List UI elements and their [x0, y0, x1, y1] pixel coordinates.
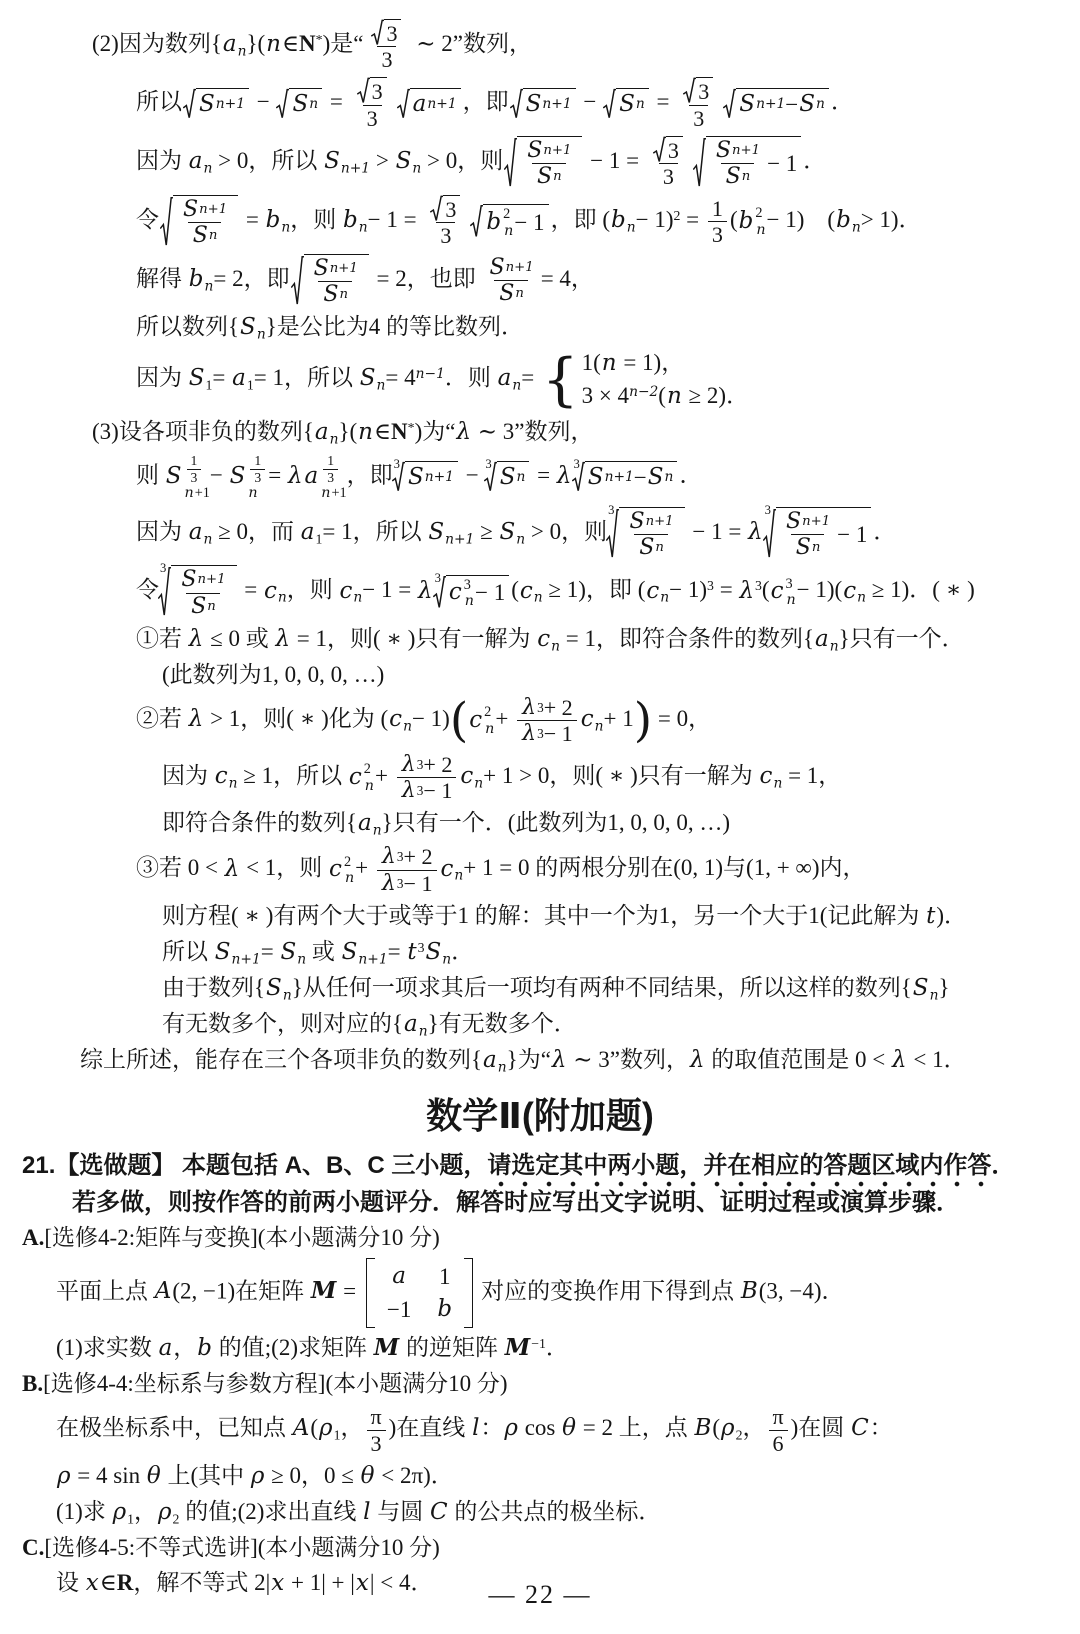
superscript: 3: [537, 727, 544, 740]
text-run: 则方程( ∗ )有两个大于或等于1 的解：其中一个为1，另一个大于1(记此解为: [162, 903, 925, 928]
numerator: Sn+1: [178, 197, 231, 222]
stack-sup: 3: [464, 577, 471, 593]
text-line: ①若 λ ≤ 0 或 λ = 1，则( ∗ )只有一解为 cn = 1，即符合条…: [136, 622, 1080, 658]
numerator: 1: [187, 453, 202, 469]
text-run: 的值;(2)求矩阵: [213, 1335, 373, 1360]
fraction: 33: [678, 77, 719, 131]
subscript: n: [359, 219, 368, 235]
math-var: a: [158, 1335, 174, 1361]
text-run: 3: [712, 222, 723, 247]
text-run: + 2: [403, 844, 432, 869]
text-run: ．: [803, 148, 826, 173]
subscript: n: [534, 590, 543, 606]
text-run: 3: [693, 106, 704, 131]
subscript: n+1: [542, 98, 571, 112]
math-var: n: [464, 593, 475, 609]
math-var: a: [188, 148, 204, 174]
text-run: > 1)．: [861, 207, 922, 232]
sup-sub-group: c3n: [448, 577, 475, 610]
text-line: (2)因为数列{an}(n∈N*)是“33 ∼ 2”数列，: [92, 16, 1080, 75]
radical: Sn+1Sn: [504, 136, 582, 190]
numerator: 1: [250, 453, 265, 469]
numerator: λ3+ 2: [397, 752, 457, 777]
subscript: n+1: [605, 471, 634, 485]
text-run: = 1，所以: [254, 365, 359, 390]
math-var: λ: [381, 844, 397, 869]
math-var: c: [263, 578, 278, 604]
text-line: 解得 bn= 2，即Sn+1Sn = 2，也即 Sn+1Sn= 4，: [136, 251, 1080, 310]
math-var: S: [313, 256, 330, 281]
text-run: (: [730, 207, 738, 232]
math-var: N: [299, 31, 316, 56]
script-stack: 13n: [247, 453, 268, 502]
subscript: n: [278, 590, 287, 606]
big-paren: (: [450, 693, 468, 748]
math-var: S: [214, 939, 232, 965]
text-run: =: [651, 89, 675, 114]
radical-index: 3: [573, 458, 579, 471]
subscript: n: [551, 639, 560, 655]
text-run: ∼ 3”数列，: [472, 419, 593, 444]
subscript: n: [665, 471, 674, 485]
radical: 3: [683, 77, 713, 104]
subscript: n: [297, 951, 306, 967]
text-run: 所以: [162, 939, 214, 964]
math-var: c: [645, 578, 660, 604]
text-run: 数学Ⅱ(附加题): [426, 1095, 654, 1136]
math-var: n: [755, 222, 766, 238]
math-var: l: [362, 1499, 371, 1525]
math-var: B: [693, 1415, 712, 1441]
subscript: n: [454, 868, 463, 884]
text-run: > 0，则: [525, 519, 607, 544]
text-run: 3: [381, 47, 392, 72]
solution-document: (2)因为数列{an}(n∈N*)是“33 ∼ 2”数列，所以Sn+1 − Sn…: [0, 0, 1080, 1601]
radical: Sn: [603, 88, 649, 120]
text-run: ．: [831, 89, 854, 114]
subscript: n: [516, 531, 525, 547]
text-run: ，: [173, 1335, 196, 1360]
text-run: ∼ 2”数列，: [410, 31, 531, 56]
radical-index: 3: [608, 504, 614, 517]
math-var: S: [638, 535, 655, 560]
math-var: λ: [521, 721, 537, 746]
math-var: S: [407, 463, 425, 493]
superscript: 3: [537, 701, 544, 714]
math-var: n: [601, 350, 618, 376]
text-line: 令Sn+1Sn = bn，则 bn− 1 = 33b2n− 1，即 (bn− 1…: [136, 192, 1080, 251]
math-var: S: [912, 975, 930, 1001]
matrix-cell: a: [392, 1262, 406, 1292]
numerator: 3: [352, 77, 393, 104]
text-run: 的公共点的极坐标．: [449, 1499, 662, 1524]
text-run: −: [460, 463, 484, 488]
math-var: b: [265, 207, 282, 233]
subscript: n: [419, 1023, 428, 1039]
text-run: −: [578, 89, 602, 114]
denominator: λ3− 1: [517, 720, 577, 746]
fraction: 33: [648, 136, 689, 190]
subscript: n: [353, 590, 362, 606]
text-run: 有无数多个，则对应的{: [162, 1011, 403, 1036]
text-run: 2: [755, 205, 762, 221]
math-var: S: [188, 365, 206, 391]
text-run: 综上所述，能存在三个各项非负的数列{: [80, 1047, 482, 1072]
text-run: + 1 = 0 的两根分别在(0, 1)与(1, + ∞)内，: [463, 856, 865, 881]
math-var: n: [344, 870, 355, 886]
text-run: =: [239, 578, 263, 603]
denominator: 3: [708, 221, 727, 247]
stack-sup: 2: [503, 206, 510, 222]
subscript: n: [339, 288, 348, 301]
text-run: =: [240, 207, 264, 232]
math-var: S: [182, 197, 199, 222]
text-run: < 2π)．: [376, 1463, 454, 1488]
denominator: 3: [323, 469, 338, 486]
text-line: 令3Sn+1Sn = cn，则 cn− 1 = λ3c3n− 1(cn ≥ 1)…: [136, 563, 1080, 622]
text-run: 则: [136, 463, 165, 488]
math-var: ρ: [720, 1415, 736, 1441]
text-run: 3: [327, 470, 334, 486]
text-run: 的取值范围是 0 <: [706, 1047, 891, 1072]
subscript: n: [742, 170, 751, 183]
text-run: [选修4-4:坐标系与参数方程](本小题满分10 分): [43, 1371, 507, 1396]
math-var: θ: [360, 1463, 376, 1489]
text-run: ≥ 1)．( ∗ ): [866, 578, 975, 603]
fraction: 33: [425, 195, 466, 249]
math-var: A: [154, 1278, 173, 1304]
radical-index: 3: [485, 458, 491, 471]
text-line: 因为 S1= a1= 1，所以 Sn= 4n−1．则 an= {1(n = 1)…: [136, 346, 1080, 415]
numerator: Sn+1: [624, 509, 677, 534]
subscript: n+1: [199, 203, 227, 216]
text-run: 上(其中: [162, 1463, 250, 1488]
text-line: ②若 λ > 1，则( ∗ )化为 (cn− 1)(c2n+ λ3+ 2λ3− …: [136, 692, 1080, 749]
numerator: 3: [678, 77, 719, 104]
text-run: 与圆: [372, 1499, 430, 1524]
text-run: ∼ 3”数列，: [567, 1047, 688, 1072]
subscript: n+1: [341, 161, 370, 177]
math-var: S: [322, 282, 339, 307]
text-run: − 1 =: [368, 207, 423, 232]
math-var: b: [196, 1335, 213, 1361]
fraction: λ3+ 2λ3− 1: [517, 695, 577, 747]
text-run: 1: [712, 196, 723, 221]
fraction: Sn+1Sn: [624, 509, 677, 561]
text-run: 3: [372, 79, 383, 104]
stack-sup: 13: [247, 453, 268, 485]
radicand: an+1: [410, 88, 461, 120]
subscript: n: [636, 98, 645, 112]
math-var: a: [357, 810, 373, 836]
math-var: S: [798, 90, 816, 120]
text-line: 在极坐标系中，已知点 A(ρ1，π3)在直线 l：ρ cos θ = 2 上，点…: [56, 1402, 1080, 1459]
subscript: n: [412, 161, 421, 177]
math-var: S: [239, 314, 257, 340]
math-var: a: [314, 419, 330, 445]
text-run: 3 × 4: [582, 383, 629, 408]
script-stack: 2n: [344, 854, 355, 887]
text-run: }只有一个．(此数列为1, 0, 0, 0, …): [382, 810, 730, 835]
text-run: (此数列为1, 0, 0, 0, …): [162, 662, 384, 687]
text-run: − 1): [636, 207, 674, 232]
sup-sub-group: c3n: [770, 576, 797, 609]
text-run: 3: [191, 470, 198, 486]
math-var: n: [320, 485, 331, 501]
text-run: −: [251, 89, 275, 114]
text-run: + 2: [544, 695, 573, 720]
denominator: Sn: [532, 163, 566, 189]
math-var: S: [180, 567, 197, 592]
brace: {: [542, 351, 579, 409]
math-var: a: [231, 365, 247, 391]
stack-sub: n: [247, 485, 258, 501]
math-var: t: [925, 903, 936, 929]
radical: b2n− 1: [470, 204, 548, 239]
text-run: = 1，则( ∗ )只有一解为: [291, 626, 536, 651]
matrix-cell: 1: [439, 1262, 451, 1292]
text-run: =: [388, 939, 407, 964]
text-run: =: [212, 365, 231, 390]
sup-sub-group: a13n+1: [304, 453, 347, 502]
text-run: −: [210, 463, 229, 488]
subscript: n: [816, 98, 825, 112]
text-run: }: [938, 975, 949, 1000]
radical: Sn+1Sn: [291, 254, 369, 308]
text-run: = 0，: [652, 706, 711, 731]
math-var: n: [503, 223, 514, 239]
math-var: λ: [521, 695, 537, 720]
text-run: 所以数列{: [136, 314, 239, 339]
text-run: > 0，所以: [212, 148, 323, 173]
math-var: λ: [401, 752, 417, 777]
sup-sub-group: S13n: [229, 453, 269, 502]
text-run: 因为: [162, 763, 214, 788]
text-run: +: [355, 856, 374, 881]
text-run: (: [310, 1415, 318, 1440]
text-run: }只有一个．: [839, 626, 965, 651]
subscript: n: [655, 541, 664, 554]
math-var: S: [229, 462, 247, 492]
math-var: n: [364, 778, 375, 794]
math-var: λ: [188, 706, 205, 732]
math-var: S: [498, 519, 516, 545]
subscript: n+1: [543, 144, 571, 157]
math-var: S: [165, 462, 183, 492]
math-var: λ: [417, 578, 434, 604]
text-run: =: [268, 463, 287, 488]
script-stack: 3n: [464, 577, 475, 610]
math-var: λ: [556, 463, 573, 489]
math-var: a: [412, 90, 428, 120]
stack-sub: n+1: [184, 485, 210, 501]
text-run: ．: [679, 463, 702, 488]
text-run: (: [658, 383, 666, 408]
text-run: 的逆矩阵: [400, 1335, 504, 1360]
radical: Sn+1Sn: [160, 195, 238, 249]
radicand: 3: [443, 195, 460, 222]
script-stack: 2n: [484, 704, 495, 737]
text-run: > 1，则( ∗ )化为 (: [204, 706, 388, 731]
superscript: n−1: [416, 366, 445, 382]
subscript: n+1: [646, 515, 674, 528]
text-run: 3: [785, 576, 792, 592]
subscript: n: [442, 951, 451, 967]
text-run: ，即: [347, 463, 393, 488]
sup-sub-group: c2n: [468, 704, 495, 737]
text-run: = 1，即符合条件的数列{: [560, 626, 814, 651]
page-number: — 22 —: [0, 1580, 1080, 1610]
math-var: c: [388, 706, 403, 732]
sup-sub-group: b2n: [485, 206, 514, 239]
math-var: c: [214, 763, 229, 789]
text-run: +: [495, 706, 514, 731]
matrix-cell: b: [437, 1295, 452, 1325]
subscript: n: [309, 98, 318, 112]
radical: 3Sn+1− Sn: [573, 461, 677, 493]
text-run: (1)求: [56, 1499, 112, 1524]
math-var: n: [357, 419, 374, 445]
radical: 3Sn+1: [394, 461, 458, 493]
subscript: n+1: [232, 951, 261, 967]
text-run: 6: [773, 1431, 784, 1456]
script-stack: 2n: [364, 761, 375, 794]
fraction: λ3+ 2λ3− 1: [397, 752, 457, 804]
math-var: S: [715, 138, 732, 163]
stack-sup: 2: [484, 704, 491, 720]
denominator: 3: [367, 1430, 386, 1456]
text-line: 即符合条件的数列{an}只有一个．(此数列为1, 0, 0, 0, …): [162, 806, 1080, 842]
text-run: = 4: [385, 365, 415, 390]
math-var: c: [468, 706, 483, 736]
math-var: n: [265, 31, 282, 57]
math-var: λ: [689, 1047, 706, 1073]
math-var: n: [184, 485, 195, 501]
math-var: S: [291, 90, 309, 120]
text-run: −: [634, 463, 647, 493]
radicand: Sn+1Sn− 1: [706, 136, 801, 190]
superscript: *: [316, 31, 323, 46]
text-run: 2: [503, 206, 510, 222]
math-var: S: [618, 90, 636, 120]
text-run: [选修4-5:不等式选讲](本小题满分10 分): [44, 1535, 439, 1560]
text-run: 3: [367, 106, 378, 131]
subscript: n: [553, 170, 562, 183]
text-line: C.[选修4-5:不等式选讲](本小题满分10 分): [22, 1530, 1080, 1565]
math-var: λ: [455, 419, 472, 445]
text-run: − 1: [544, 721, 573, 746]
radicand: b2n− 1: [483, 204, 548, 239]
cases-group: {1(n = 1)，3 × 4n−2(n ≥ 2)．: [542, 348, 749, 412]
math-var: S: [359, 365, 377, 391]
text-run: − 1): [412, 706, 450, 731]
radical: Sn+1Sn− 1: [693, 136, 801, 190]
subscript: n+1: [802, 515, 830, 528]
text-run: > 0，则: [421, 148, 503, 173]
text-run: ．: [546, 1335, 569, 1360]
sup-sub-group: c2n: [348, 761, 375, 794]
superscript: 3: [417, 758, 424, 771]
stack-sub: n: [484, 721, 495, 737]
subscript: n: [257, 327, 266, 343]
text-run: ：: [480, 1415, 503, 1440]
radical-index: 3: [394, 458, 400, 471]
stack-sup: 3: [785, 576, 792, 592]
text-line: ③若 0 < λ < 1，则 c2n+ λ3+ 2λ3− 1cn+ 1 = 0 …: [136, 842, 1080, 899]
math-var: N: [391, 419, 408, 444]
math-var: B.: [22, 1371, 43, 1396]
subscript: n: [517, 471, 526, 485]
radical: Sn+1− Sn: [723, 88, 829, 120]
numerator: Sn+1: [309, 256, 362, 281]
numerator: 1: [323, 453, 338, 469]
denominator: 3: [377, 46, 396, 72]
text-run: )在直线: [389, 1415, 471, 1440]
text-run: 3: [668, 138, 679, 163]
stack-sup: 2: [755, 205, 762, 221]
text-run: ∈: [282, 31, 299, 56]
text-run: ，: [134, 1499, 157, 1524]
radical: 3Sn+1Sn: [160, 565, 237, 619]
text-run: ≤ 0 或: [204, 626, 274, 651]
denominator: Sn: [634, 534, 668, 560]
radicand: 3: [384, 19, 401, 46]
fraction: λ3+ 2λ3− 1: [377, 844, 437, 896]
text-run: 1: [327, 453, 334, 469]
math-var: M: [373, 1334, 400, 1361]
denominator: 3: [689, 105, 708, 131]
text-run: ．: [991, 1152, 1015, 1179]
subscript: n+1: [197, 573, 225, 586]
text-run: 3: [440, 223, 451, 248]
fraction: Sn+1Sn: [711, 138, 764, 190]
subscript: n: [515, 287, 524, 300]
text-run: 1(: [582, 350, 601, 375]
numerator: λ3+ 2: [377, 844, 437, 869]
text-run: ．则: [445, 365, 497, 390]
text-run: ②若: [136, 706, 188, 731]
text-run: 2: [344, 854, 351, 870]
math-var: θ: [146, 1463, 162, 1489]
text-run: − 1: [423, 778, 452, 803]
math-var: M: [504, 1334, 531, 1361]
math-var: c: [328, 855, 343, 885]
radicand: Sn: [616, 88, 649, 120]
cases-row: 1(n = 1)，: [582, 348, 750, 379]
subscript: n: [773, 775, 782, 791]
numerator: Sn+1: [711, 138, 764, 163]
math-var: c: [448, 578, 463, 608]
matrix-bracket-right: [464, 1258, 473, 1329]
math-var: A.: [22, 1225, 44, 1250]
math-var: λ: [551, 1047, 568, 1073]
text-run: ，即 (: [551, 207, 610, 232]
radicand: Sn+1− Sn: [736, 88, 829, 120]
fraction: 13: [323, 453, 338, 485]
radicand: Sn+1: [196, 88, 249, 120]
text-run: − 1: [837, 520, 867, 550]
math-var: λ: [747, 519, 764, 545]
stack-sup: 2: [344, 854, 351, 870]
radicand: Sn+1Sn: [173, 195, 238, 249]
math-var: b: [835, 207, 852, 233]
math-var: M: [310, 1277, 337, 1304]
math-var: S: [738, 90, 756, 120]
math-var: a: [497, 365, 513, 391]
text-run: ③若 0 <: [136, 856, 224, 881]
text-line: (此数列为1, 0, 0, 0, …): [162, 658, 1080, 693]
text-run: = 1，: [782, 763, 841, 788]
